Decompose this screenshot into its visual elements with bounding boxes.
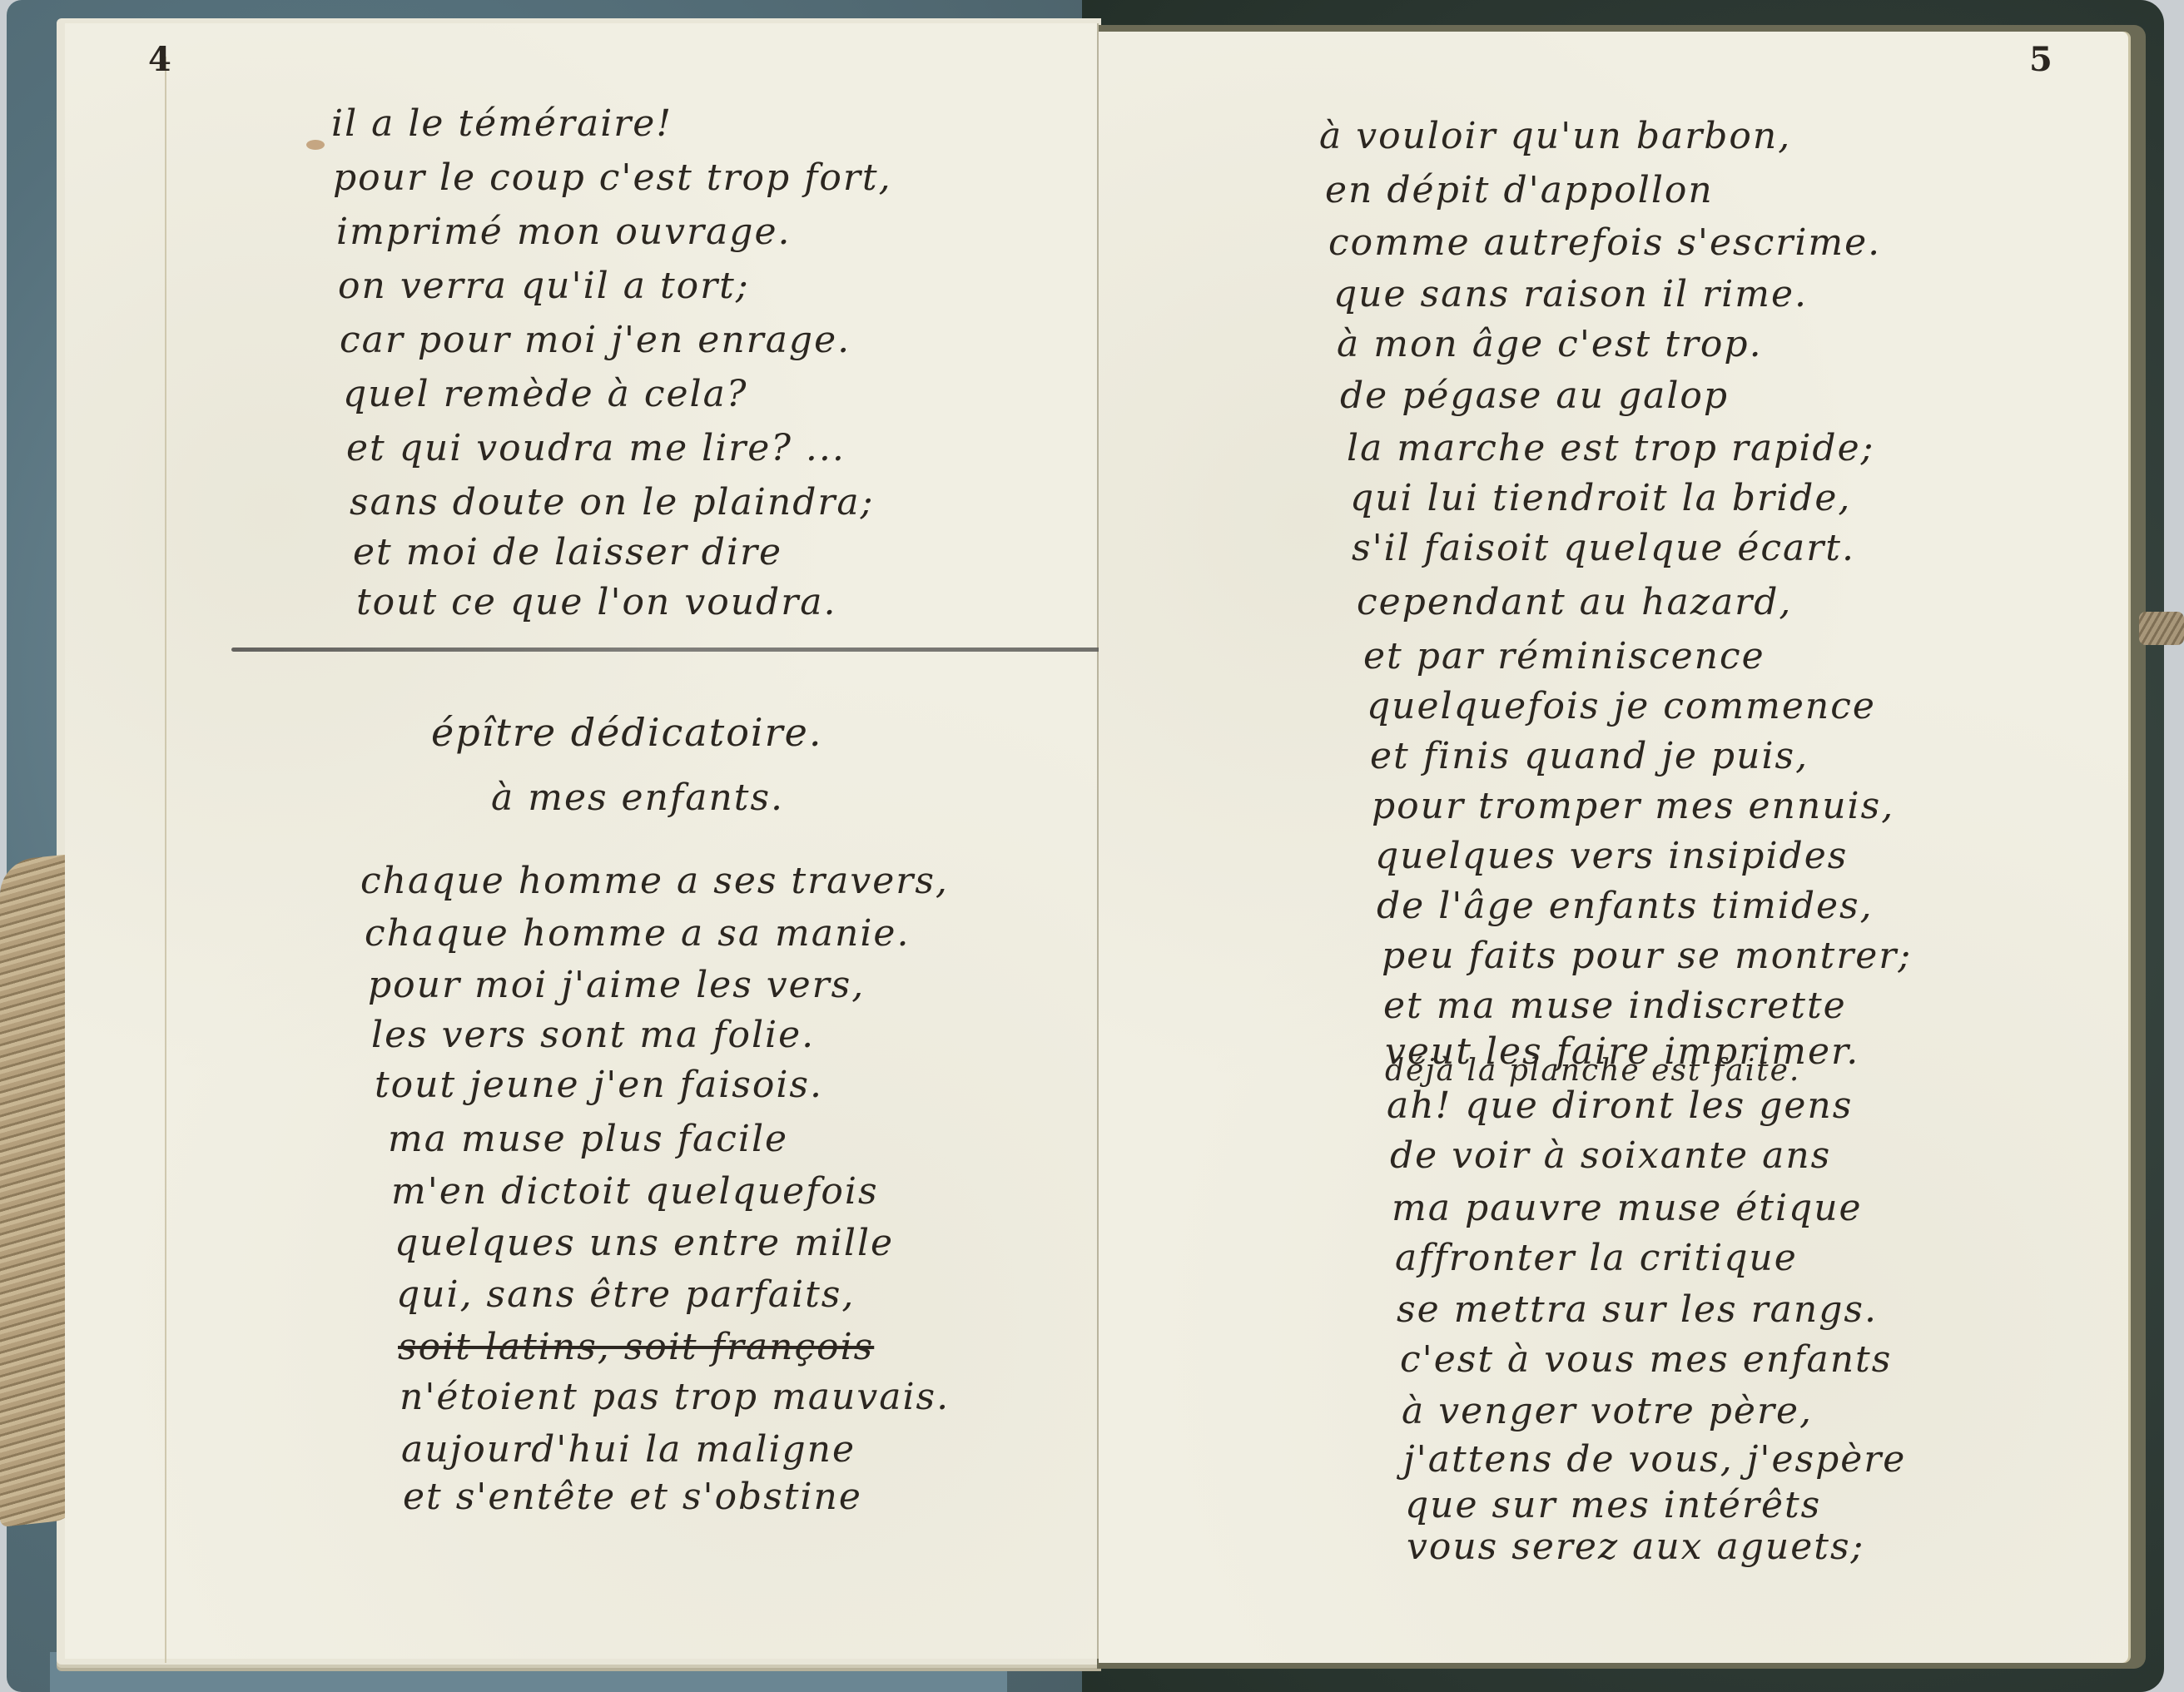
- poem-line: à vouloir qu'un barbon,: [1319, 115, 1791, 157]
- poem-line: vous serez aux aguets;: [1407, 1526, 1864, 1568]
- poem-line: qui, sans être parfaits,: [396, 1273, 855, 1316]
- poem-line: les vers sont ma folie.: [371, 1014, 815, 1056]
- poem-line: m'en dictoit quelquefois: [391, 1170, 879, 1213]
- poem-line: car pour moi j'en enrage.: [340, 319, 851, 361]
- poem-line: de l'âge enfants timides,: [1377, 885, 1874, 927]
- poem-line: quelquefois je commence: [1367, 685, 1876, 727]
- poem-line: peu faits pour se montrer;: [1382, 935, 1912, 977]
- poem-line: chaque homme a sa manie.: [365, 912, 910, 955]
- poem-line: on verra qu'il a tort;: [338, 265, 750, 307]
- page-edge-line: [165, 57, 166, 1663]
- poem-line: et qui voudra me lire? ...: [346, 427, 846, 469]
- poem-line: ah! que diront les gens: [1387, 1084, 1853, 1127]
- poem-line: comme autrefois s'escrime.: [1328, 221, 1881, 264]
- left-page: 4 il a le téméraire! pour le coup c'est …: [65, 23, 1099, 1659]
- poem-line: de voir à soixante ans: [1390, 1134, 1831, 1177]
- poem-line: quel remède à cela?: [343, 373, 747, 415]
- ribbon-tie-right: [2139, 612, 2184, 645]
- epistle-title: épître dédicatoire.: [431, 710, 822, 755]
- poem-line: en dépit d'appollon: [1325, 169, 1714, 211]
- poem-line: sans doute on le plaindra;: [350, 481, 874, 523]
- poem-line: et s'entête et s'obstine: [403, 1476, 862, 1518]
- poem-line: et moi de laisser dire: [353, 531, 782, 573]
- page-number-right: 5: [2029, 40, 2052, 79]
- poem-line: à venger votre père,: [1402, 1390, 1813, 1432]
- page-number-left: 4: [148, 40, 171, 79]
- poem-line: affronter la critique: [1395, 1237, 1798, 1279]
- poem-line: tout ce que l'on voudra.: [356, 581, 836, 623]
- epistle-subtitle: à mes enfants.: [491, 777, 784, 819]
- poem-line: cependant au hazard,: [1357, 581, 1792, 623]
- poem-line: j'attens de vous, j'espère: [1403, 1438, 1906, 1481]
- poem-line-interlinear: déjà la planche est faite.: [1385, 1054, 1800, 1088]
- poem-line: aujourd'hui la maligne: [401, 1428, 856, 1471]
- poem-line-struck: soit latins, soit françois: [398, 1326, 874, 1368]
- poem-line: pour le coup c'est trop fort,: [333, 156, 892, 199]
- poem-line: quelques uns entre mille: [395, 1222, 894, 1264]
- poem-line: de pégase au galop: [1340, 375, 1729, 417]
- poem-line: c'est à vous mes enfants: [1400, 1338, 1892, 1381]
- poem-line: et finis quand je puis,: [1370, 735, 1809, 777]
- poem-line: qui lui tiendroit la bride,: [1350, 477, 1851, 519]
- poem-line: quelques vers insipides: [1375, 835, 1848, 877]
- poem-line: n'étoient pas trop mauvais.: [400, 1376, 950, 1418]
- ink-stain: [306, 140, 325, 150]
- poem-line: s'il faisoit quelque écart.: [1352, 527, 1855, 569]
- poem-line: la marche est trop rapide;: [1347, 427, 1874, 469]
- poem-line: imprimé mon ouvrage.: [336, 211, 792, 253]
- poem-line: chaque homme a ses travers,: [360, 860, 949, 902]
- poem-line: que sans raison il rime.: [1333, 273, 1808, 315]
- poem-line: ma muse plus facile: [388, 1118, 788, 1160]
- poem-line: ma pauvre muse étique: [1392, 1187, 1863, 1229]
- poem-line: à mon âge c'est trop.: [1337, 323, 1763, 365]
- poem-line: et ma muse indiscrette: [1383, 985, 1847, 1027]
- poem-line: se mettra sur les rangs.: [1397, 1288, 1878, 1331]
- poem-line: pour tromper mes ennuis,: [1372, 785, 1894, 827]
- poem-line: tout jeune j'en faisois.: [375, 1064, 823, 1106]
- poem-line: et par réminiscence: [1363, 635, 1765, 677]
- poem-line: que sur mes intérêts: [1405, 1484, 1821, 1526]
- section-divider-rule: [231, 648, 1105, 652]
- poem-line: pour moi j'aime les vers,: [368, 964, 865, 1006]
- poem-line: il a le téméraire!: [331, 102, 673, 145]
- right-page: 5 à vouloir qu'un barbon, en dépit d'app…: [1099, 32, 2131, 1663]
